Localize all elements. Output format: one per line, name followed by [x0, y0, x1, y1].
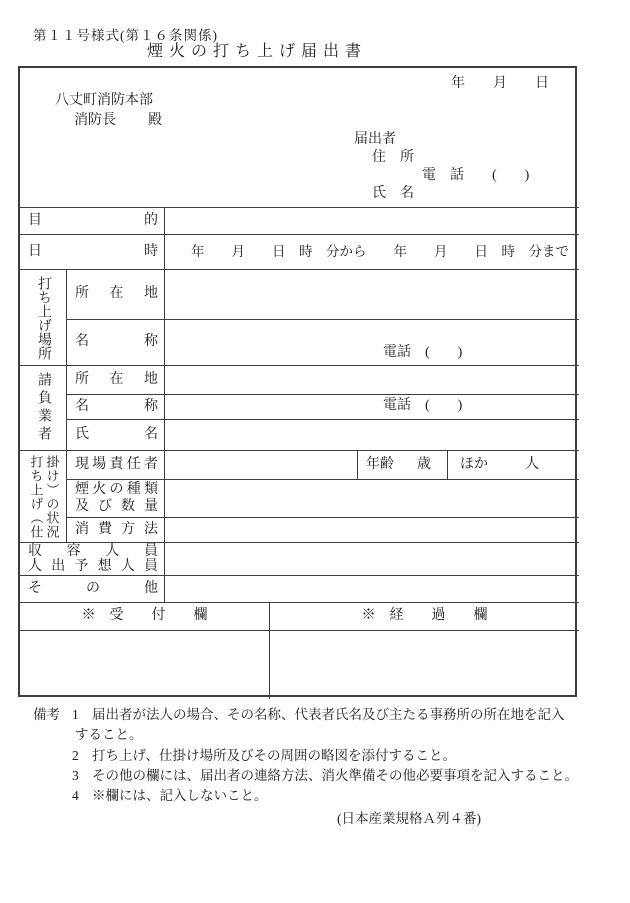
other-people-cell: ほか 人 — [447, 450, 579, 479]
contractor-group-cell: 請負業者 — [20, 365, 66, 450]
contractor-address-label: 所在地 — [75, 372, 158, 388]
other-label-cell: その他 — [20, 575, 164, 602]
notifier-label: 届出者 — [354, 132, 396, 148]
note-2-number: 2 — [72, 746, 92, 766]
main-form-table: 年 月 日 八丈町消防本部 消防長殿 届出者 住 所 電 話 ( ) 氏 名 目… — [18, 66, 577, 697]
contractor-phone-label: 電話 ( ) — [383, 398, 462, 414]
capacity-label-line2: 人出予想人員 — [28, 559, 158, 574]
contractor-address-value-cell — [164, 365, 579, 394]
note-item-2: 2 打ち上げ、仕掛け場所及びその周囲の略図を添付すること。 — [33, 746, 599, 766]
notifier-phone-label: 電 話 ( ) — [422, 168, 529, 184]
reception-header-label: ※ 受 付 欄 — [82, 608, 208, 624]
note-item-4: 4 ※欄には、記入しないこと。 — [33, 786, 599, 806]
contractor-name-value-cell: 電話 ( ) — [164, 394, 579, 419]
fire-chief-label: 消防長 — [74, 113, 116, 128]
site-name-label: 名称 — [75, 334, 158, 350]
fireworks-type-value-cell — [164, 479, 579, 517]
form-header-cell: 年 月 日 八丈町消防本部 消防長殿 届出者 住 所 電 話 ( ) 氏 名 — [20, 68, 575, 207]
paper-size-note: (日本産業規格Ａ列４番) — [33, 809, 599, 829]
contractor-address-label-cell: 所在地 — [66, 365, 164, 394]
situation-group-label-col2: 掛け）の状況 — [44, 455, 59, 539]
progress-box — [269, 630, 579, 699]
situation-group-cell: 打ち上げ（仕 掛け）の状況 — [20, 450, 66, 542]
purpose-label: 目的 — [28, 213, 158, 229]
datetime-template-text: 年 月 日 時 分から 年 月 日 時 分まで — [165, 244, 569, 260]
datetime-label-cell: 日時 — [20, 234, 164, 269]
age-cell: 年齢 歳 — [357, 450, 447, 479]
note-1-number: 1 — [72, 705, 92, 725]
notifier-name-label: 氏 名 — [372, 186, 414, 202]
note-2-text: 打ち上げ、仕掛け場所及びその周囲の略図を添付すること。 — [92, 746, 599, 766]
date-line: 年 月 日 — [451, 76, 549, 92]
other-value-cell — [164, 575, 579, 602]
page-title: 煙火の打ち上げ届出書 — [147, 38, 367, 61]
site-manager-value-cell — [164, 450, 357, 479]
site-address-value-cell — [164, 269, 579, 319]
honorific-label: 殿 — [148, 113, 162, 128]
form-page: 第１１号様式(第１６条関係) 煙火の打ち上げ届出書 年 月 日 八丈町消防本部 … — [0, 0, 630, 903]
reception-header-cell: ※ 受 付 欄 — [20, 602, 269, 630]
notes-heading: 備考 — [33, 705, 72, 725]
notes-section: 備考 1 届出者が法人の場合、その名称、代表者氏名及び主たる事務所の所在地を記入… — [33, 705, 599, 829]
contractor-person-value-cell — [164, 419, 579, 450]
datetime-label: 日時 — [28, 244, 158, 260]
situation-group-label: 打ち上げ（仕 掛け）の状況 — [28, 455, 59, 539]
launch-site-group-cell: 打ち上げ場所 — [20, 269, 66, 365]
addressee-line: 消防長殿 — [74, 113, 162, 129]
others-unit-label: 人 — [525, 457, 539, 473]
note-3-text: その他の欄には、届出者の連絡方法、消火準備その他必要事項を記入すること。 — [92, 766, 599, 786]
purpose-label-cell: 目的 — [20, 207, 164, 234]
capacity-label-cell: 収容人員 人出予想人員 — [20, 542, 164, 575]
contractor-person-label: 氏名 — [75, 427, 158, 443]
note-1-text: 届出者が法人の場合、その名称、代表者氏名及び主たる事務所の所在地を記入 — [92, 705, 599, 725]
reception-box — [20, 630, 269, 699]
site-address-label: 所在地 — [75, 286, 158, 302]
contractor-group-label: 請負業者 — [35, 372, 51, 444]
site-manager-label: 現場責任者 — [75, 457, 158, 473]
consumption-label-cell: 消費方法 — [66, 517, 164, 542]
fireworks-type-label-line1: 煙火の種類 — [75, 482, 158, 498]
purpose-value-cell — [164, 207, 579, 234]
note-1-continuation: すること。 — [33, 725, 599, 745]
datetime-value-cell: 年 月 日 時 分から 年 月 日 時 分まで — [164, 234, 579, 269]
capacity-label-line1: 収容人員 — [28, 544, 158, 559]
site-name-label-cell: 名称 — [66, 319, 164, 365]
site-name-value-cell: 電話 ( ) — [164, 319, 579, 365]
capacity-value-cell — [164, 542, 579, 575]
site-address-label-cell: 所在地 — [66, 269, 164, 319]
age-unit-label: 歳 — [417, 457, 431, 473]
situation-group-label-col1: 打ち上げ（仕 — [28, 455, 43, 539]
notifier-address-label: 住 所 — [372, 150, 414, 166]
consumption-label: 消費方法 — [75, 522, 158, 538]
site-manager-label-cell: 現場責任者 — [66, 450, 164, 479]
fireworks-type-label-line2: 及び数量 — [75, 499, 158, 515]
note-4-text: ※欄には、記入しないこと。 — [92, 786, 599, 806]
fire-department-name: 八丈町消防本部 — [55, 93, 153, 109]
other-label: その他 — [28, 581, 158, 597]
contractor-person-label-cell: 氏名 — [66, 419, 164, 450]
contractor-name-label-cell: 名称 — [66, 394, 164, 419]
note-3-number: 3 — [72, 766, 92, 786]
progress-header-cell: ※ 経 過 欄 — [269, 602, 579, 630]
note-4-number: 4 — [72, 786, 92, 806]
note-item-1: 備考 1 届出者が法人の場合、その名称、代表者氏名及び主たる事務所の所在地を記入 — [33, 705, 599, 725]
contractor-name-label: 名称 — [75, 399, 158, 415]
progress-header-label: ※ 経 過 欄 — [362, 608, 488, 624]
launch-site-group-label: 打ち上げ場所 — [35, 276, 51, 360]
site-phone-label: 電話 ( ) — [383, 345, 462, 361]
note-item-3: 3 その他の欄には、届出者の連絡方法、消火準備その他必要事項を記入すること。 — [33, 766, 599, 786]
fireworks-type-label-cell: 煙火の種類 及び数量 — [66, 479, 164, 517]
age-label: 年齢 — [366, 457, 394, 473]
others-label: ほか — [460, 457, 488, 473]
consumption-value-cell — [164, 517, 579, 542]
